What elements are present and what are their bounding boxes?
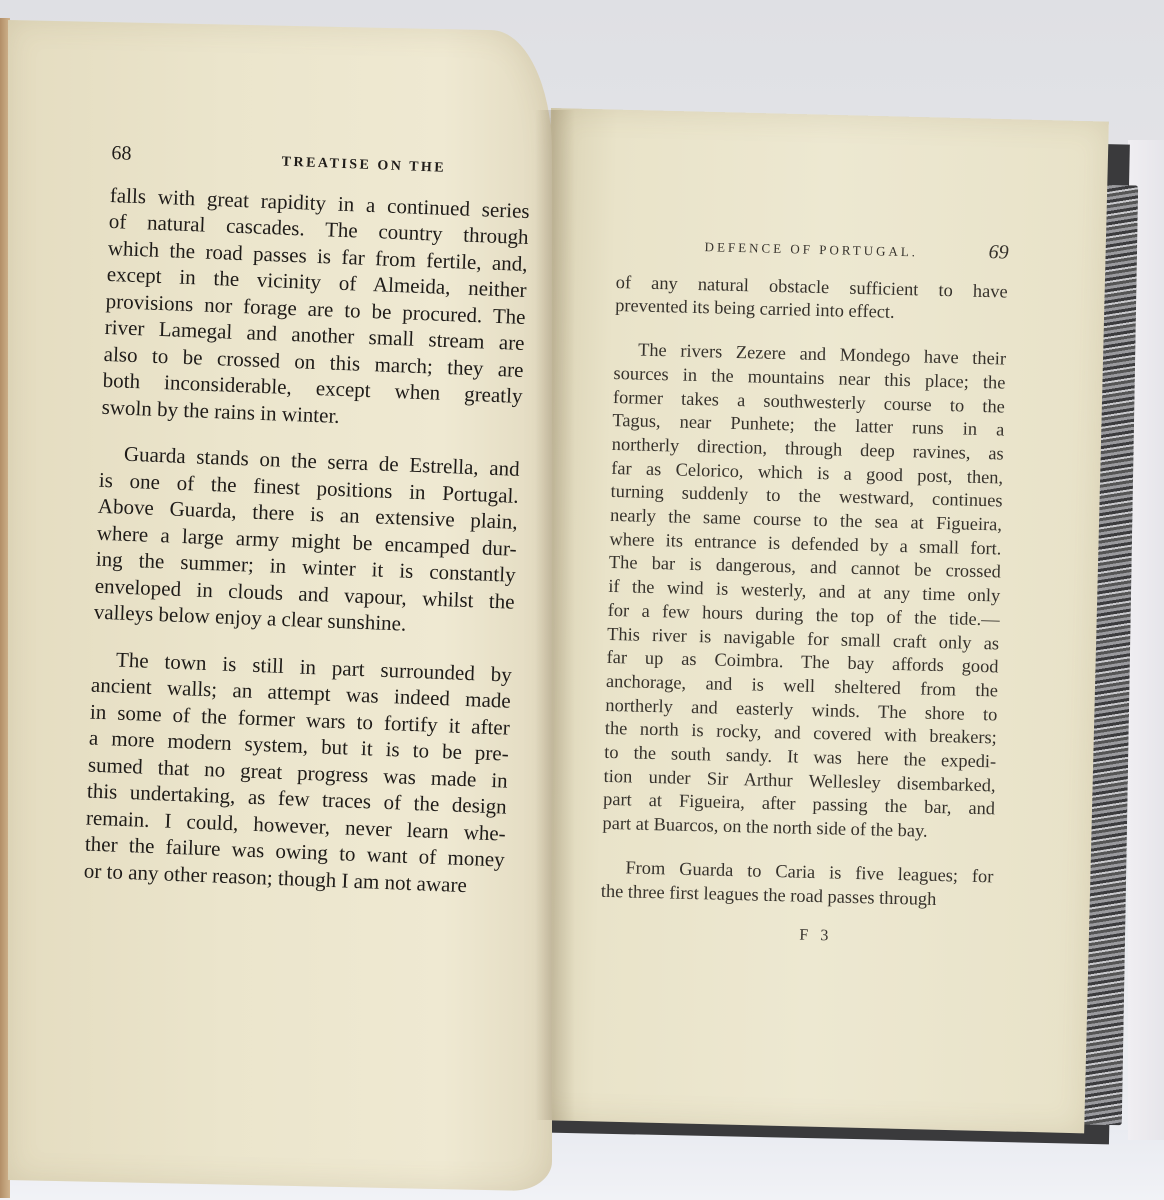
- left-paragraphs: falls with great rapidity in a continued…: [83, 181, 530, 899]
- photo-scene: 68 TREATISE ON THE falls with great rapi…: [0, 0, 1164, 1200]
- paragraph: falls with great rapidity in a continued…: [101, 181, 530, 435]
- page-number-right: 69: [988, 241, 1009, 265]
- paragraph: of any natural obstacle sufficient to ha…: [615, 271, 1008, 328]
- paragraph: The town is still in part surrounded bya…: [83, 645, 512, 899]
- page-number-left: 68: [111, 140, 132, 167]
- left-page-text: 68 TREATISE ON THE falls with great rapi…: [83, 140, 532, 920]
- right-page-text: DEFENCE OF PORTUGAL. 69 of any natural o…: [600, 232, 1009, 952]
- paragraph: Guarda stands on the serra de Estrella, …: [93, 440, 520, 641]
- right-paragraphs: of any natural obstacle sufficient to ha…: [601, 271, 1008, 913]
- running-head-title-right: DEFENCE OF PORTUGAL.: [704, 235, 918, 264]
- paragraph: From Guarda to Caria is five leagues; fo…: [601, 856, 994, 913]
- running-head-title-left: TREATISE ON THE: [281, 150, 446, 183]
- paragraph: The rivers Zezere and Mondego have their…: [602, 338, 1006, 845]
